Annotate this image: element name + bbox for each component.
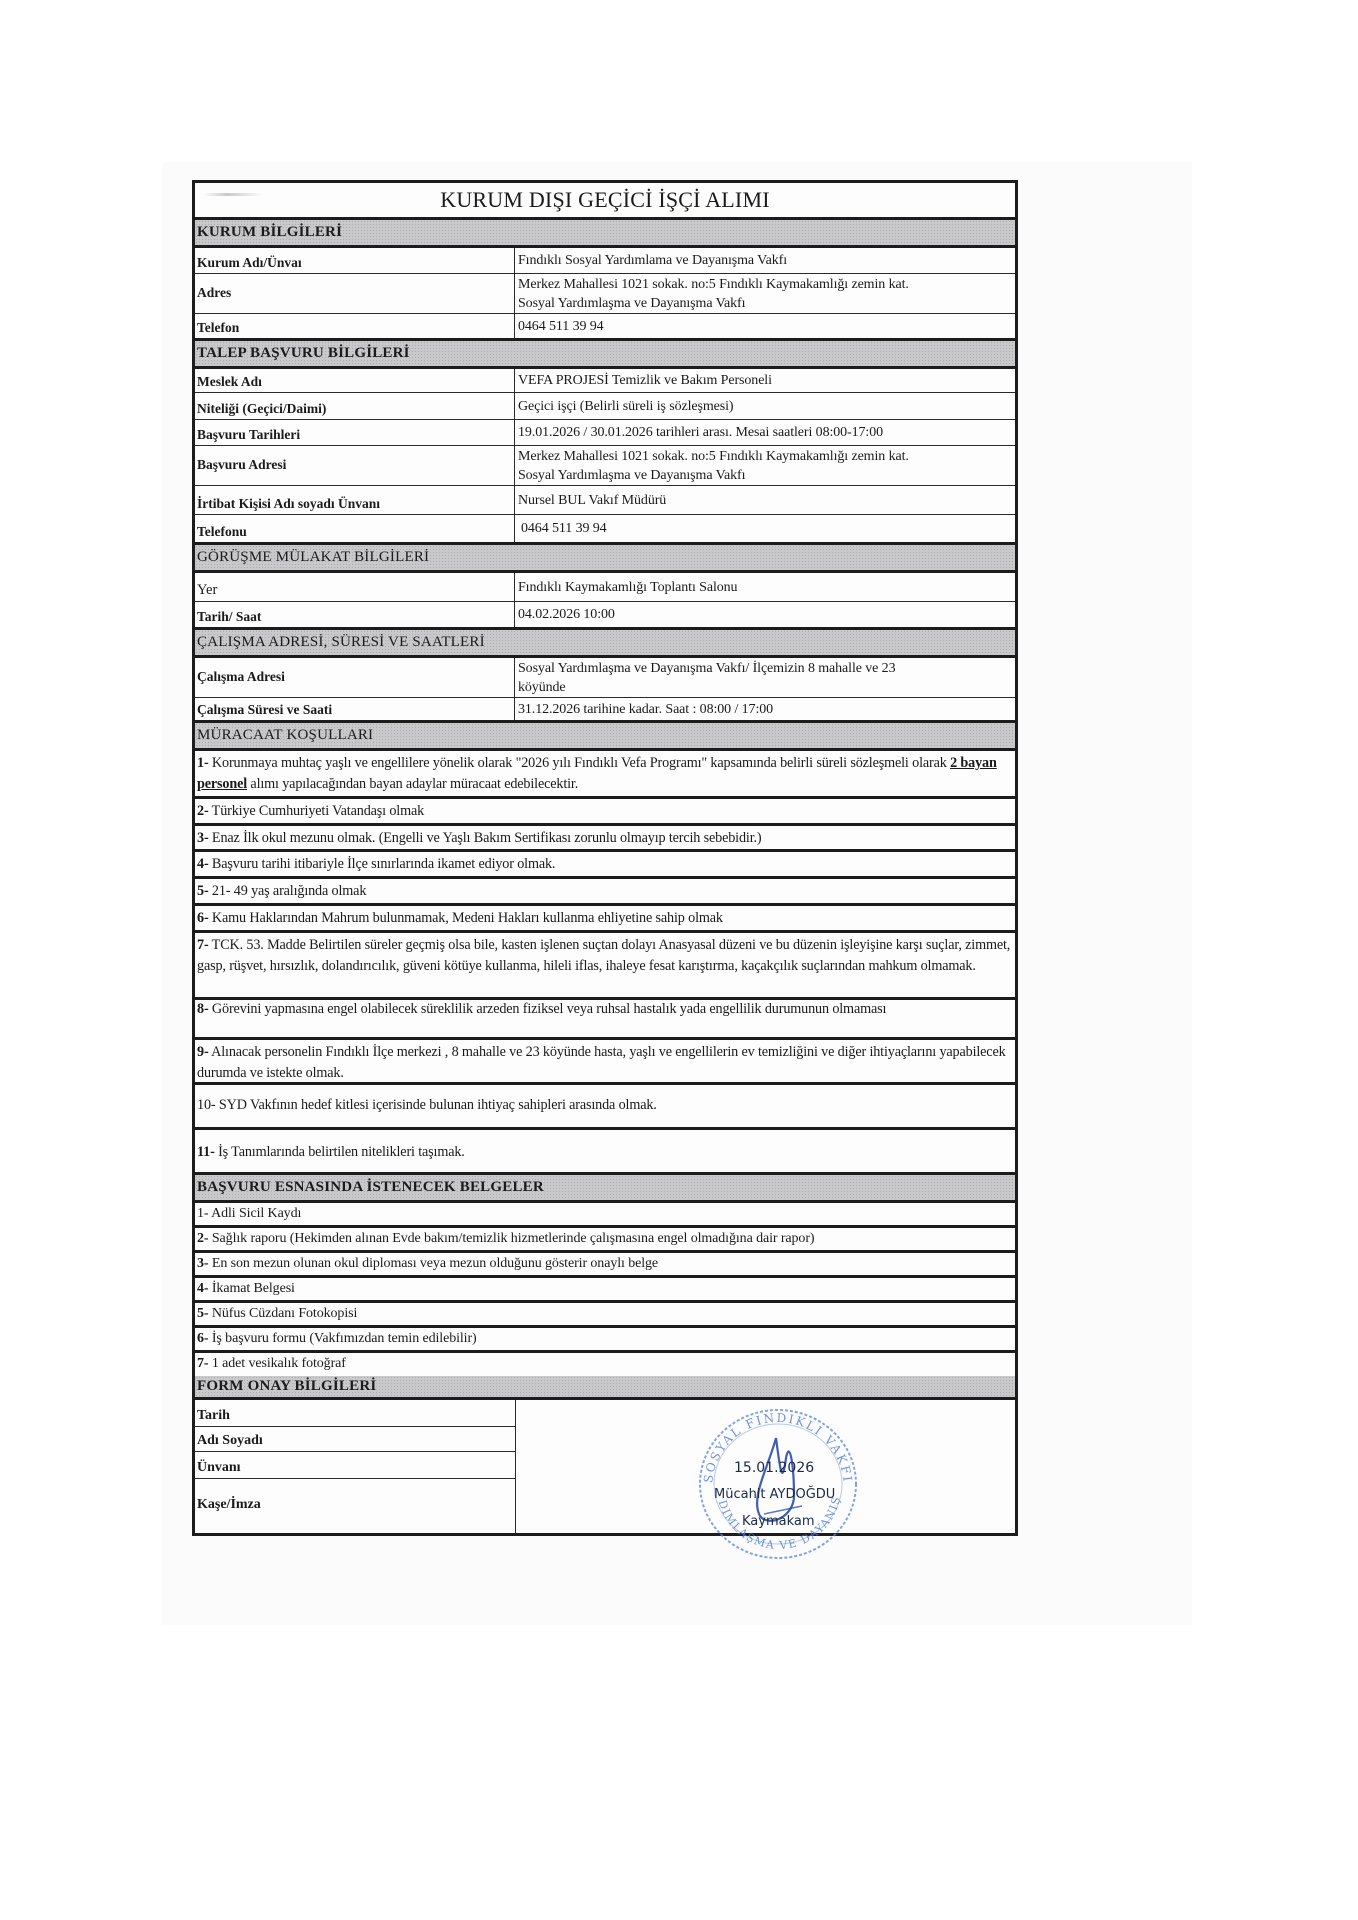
field-value: Merkez Mahallesi 1021 sokak. no:5 Fındık… <box>515 274 1015 313</box>
approval-label-title: Ünvanı <box>195 1452 515 1479</box>
section-onay: FORM ONAY BİLGİLERİ <box>195 1376 1015 1400</box>
condition-item: 6- Kamu Haklarından Mahrum bulunmamak, M… <box>195 906 1015 933</box>
document-item: 2- Sağlık raporu (Hekimden alınan Evde b… <box>195 1228 1015 1253</box>
section-muracaat: MÜRACAAT KOŞULLARI <box>195 723 1015 751</box>
condition-item: 9- Alınacak personelin Fındıklı İlçe mer… <box>195 1040 1015 1085</box>
condition-number: 11- <box>197 1144 215 1160</box>
document-item: 7- 1 adet vesikalık fotoğraf <box>195 1353 1015 1376</box>
document-text: 1 adet vesikalık fotoğraf <box>208 1356 345 1371</box>
condition-text: İş Tanımlarında belirtilen nitelikleri t… <box>215 1144 465 1160</box>
document-number: 4- <box>197 1281 208 1296</box>
section-belgeler: BAŞVURU ESNASINDA İSTENECEK BELGELER <box>195 1175 1015 1203</box>
value-line: Sosyal Yardımlaşma ve Dayanışma Vakfı/ İ… <box>518 659 895 678</box>
value-line: Sosyal Yardımlaşma ve Dayanışma Vakfı <box>518 294 745 313</box>
document-text: Sağlık raporu (Hekimden alınan Evde bakı… <box>208 1231 814 1246</box>
document-item: 5- Nüfus Cüzdanı Fotokopisi <box>195 1303 1015 1328</box>
field-label: Başvuru Tarihleri <box>195 420 515 445</box>
field-value: Geçici işçi (Belirli süreli iş sözleşmes… <box>515 393 1015 419</box>
value-line: Merkez Mahallesi 1021 sokak. no:5 Fındık… <box>518 275 909 294</box>
field-row: Çalışma Adresi Sosyal Yardımlaşma ve Day… <box>195 658 1015 698</box>
document-text: İş başvuru formu (Vakfımızdan temin edil… <box>208 1331 476 1346</box>
job-posting-form: KURUM DIŞI GEÇİCİ İŞÇİ ALIMI KURUM BİLGİ… <box>192 180 1018 1536</box>
condition-number: 6- <box>197 910 209 926</box>
form-title-row: KURUM DIŞI GEÇİCİ İŞÇİ ALIMI <box>195 183 1015 220</box>
field-row: Meslek Adı VEFA PROJESİ Temizlik ve Bakı… <box>195 369 1015 393</box>
field-label: Yer <box>195 573 515 601</box>
condition-text: Alınacak personelin Fındıklı İlçe merkez… <box>197 1044 1006 1081</box>
condition-text: SYD Vakfının hedef kitlesi içerisinde bu… <box>215 1097 656 1113</box>
condition-number: 10- <box>197 1097 215 1113</box>
field-label: Telefon <box>195 314 515 338</box>
field-value: Merkez Mahallesi 1021 sokak. no:5 Fındık… <box>515 446 1015 485</box>
field-row: Tarih/ Saat 04.02.2026 10:00 <box>195 602 1015 630</box>
section-title: TALEP BAŞVURU BİLGİLERİ <box>197 345 410 362</box>
field-row: Telefon 0464 511 39 94 <box>195 314 1015 341</box>
field-value: 31.12.2026 tarihine kadar. Saat : 08:00 … <box>515 698 1015 720</box>
field-label: Başvuru Adresi <box>195 446 515 485</box>
document-text: İkamat Belgesi <box>208 1281 294 1296</box>
condition-text: Türkiye Cumhuriyeti Vatandaşı olmak <box>209 803 425 819</box>
field-value: Sosyal Yardımlaşma ve Dayanışma Vakfı/ İ… <box>515 658 1015 697</box>
section-title: GÖRÜŞME MÜLAKAT BİLGİLERİ <box>197 549 429 566</box>
scan-artifact <box>203 193 263 196</box>
condition-text: Enaz İlk okul mezunu olmak. (Engelli ve … <box>209 830 762 846</box>
document-item: 3- En son mezun olunan okul diploması ve… <box>195 1253 1015 1278</box>
document-number: 1- <box>197 1206 208 1221</box>
condition-item: 11- İş Tanımlarında belirtilen nitelikle… <box>195 1130 1015 1175</box>
field-value: Nursel BUL Vakıf Müdürü <box>515 486 1015 514</box>
section-title: MÜRACAAT KOŞULLARI <box>197 727 373 744</box>
condition-text: Görevini yapmasına engel olabilecek süre… <box>209 1001 887 1017</box>
document-text: En son mezun olunan okul diploması veya … <box>208 1256 658 1271</box>
field-label: Kurum Adı/Ünvaı <box>195 248 515 273</box>
approval-label-date: Tarih <box>195 1400 515 1427</box>
field-row: İrtibat Kişisi Adı soyadı Ünvanı Nursel … <box>195 486 1015 515</box>
condition-text: Başvuru tarihi itibariyle İlçe sınırları… <box>209 856 556 872</box>
field-value: Fındıklı Kaymakamlığı Toplantı Salonu <box>515 573 1015 601</box>
section-calisma: ÇALIŞMA ADRESİ, SÜRESİ VE SAATLERİ <box>195 630 1015 658</box>
condition-number: 7- <box>197 937 209 953</box>
section-title: KURUM BİLGİLERİ <box>197 224 342 241</box>
document-item: 4- İkamat Belgesi <box>195 1278 1015 1303</box>
condition-number: 8- <box>197 1001 209 1017</box>
condition-number: 5- <box>197 883 209 899</box>
form-title: KURUM DIŞI GEÇİCİ İŞÇİ ALIMI <box>440 187 770 213</box>
field-label: Çalışma Süresi ve Saati <box>195 698 515 720</box>
document-text: Adli Sicil Kaydı <box>208 1206 301 1221</box>
document-text: Nüfus Cüzdanı Fotokopisi <box>208 1306 357 1321</box>
approval-label-signature: Kaşe/İmza <box>195 1479 515 1533</box>
field-label: Çalışma Adresi <box>195 658 515 697</box>
value-line: Sosyal Yardımlaşma ve Dayanışma Vakfı <box>518 466 745 485</box>
condition-item: 7- TCK. 53. Madde Belirtilen süreler geç… <box>195 933 1015 1000</box>
field-label: İrtibat Kişisi Adı soyadı Ünvanı <box>195 486 515 514</box>
condition-item: 3- Enaz İlk okul mezunu olmak. (Engelli … <box>195 826 1015 852</box>
field-value: 0464 511 39 94 <box>515 314 1015 338</box>
field-row: Yer Fındıklı Kaymakamlığı Toplantı Salon… <box>195 573 1015 602</box>
field-row: Telefonu 0464 511 39 94 <box>195 515 1015 545</box>
condition-number: 2- <box>197 803 209 819</box>
field-row: Başvuru Tarihleri 19.01.2026 / 30.01.202… <box>195 420 1015 446</box>
condition-number: 4- <box>197 856 209 872</box>
condition-item: 5- 21- 49 yaş aralığında olmak <box>195 879 1015 906</box>
field-row: Başvuru Adresi Merkez Mahallesi 1021 sok… <box>195 446 1015 486</box>
section-title: ÇALIŞMA ADRESİ, SÜRESİ VE SAATLERİ <box>197 634 485 651</box>
condition-number: 1- <box>197 755 209 771</box>
condition-item: 2- Türkiye Cumhuriyeti Vatandaşı olmak <box>195 799 1015 826</box>
field-label: Telefonu <box>195 515 515 542</box>
condition-text: Korunmaya muhtaç yaşlı ve engellilere yö… <box>209 755 951 771</box>
condition-text: Kamu Haklarından Mahrum bulunmamak, Mede… <box>209 910 723 926</box>
field-value: VEFA PROJESİ Temizlik ve Bakım Personeli <box>515 369 1015 392</box>
condition-item: 4- Başvuru tarihi itibariyle İlçe sınırl… <box>195 852 1015 879</box>
approval-block: Tarih Adı Soyadı Ünvanı Kaşe/İmza <box>195 1400 1015 1533</box>
condition-number: 3- <box>197 830 209 846</box>
section-kurum: KURUM BİLGİLERİ <box>195 220 1015 248</box>
condition-text: TCK. 53. Madde Belirtilen süreler geçmiş… <box>197 937 1010 974</box>
condition-text: 21- 49 yaş aralığında olmak <box>209 883 367 899</box>
field-label: Niteliği (Geçici/Daimi) <box>195 393 515 419</box>
field-row: Kurum Adı/Ünvaı Fındıklı Sosyal Yardımla… <box>195 248 1015 274</box>
document-item: 1- Adli Sicil Kaydı <box>195 1203 1015 1228</box>
document-number: 2- <box>197 1231 208 1246</box>
document-number: 5- <box>197 1306 208 1321</box>
section-title: FORM ONAY BİLGİLERİ <box>197 1378 376 1395</box>
section-talep: TALEP BAŞVURU BİLGİLERİ <box>195 341 1015 369</box>
condition-item: 8- Görevini yapmasına engel olabilecek s… <box>195 1000 1015 1040</box>
condition-item: 10- SYD Vakfının hedef kitlesi içerisind… <box>195 1085 1015 1130</box>
approval-label-name: Adı Soyadı <box>195 1427 515 1452</box>
condition-number: 9- <box>197 1044 209 1060</box>
field-row: Çalışma Süresi ve Saati 31.12.2026 tarih… <box>195 698 1015 723</box>
field-value: 19.01.2026 / 30.01.2026 tarihleri arası.… <box>515 420 1015 445</box>
field-label: Adres <box>195 274 515 313</box>
field-row: Adres Merkez Mahallesi 1021 sokak. no:5 … <box>195 274 1015 314</box>
document-number: 6- <box>197 1331 208 1346</box>
value-line: Merkez Mahallesi 1021 sokak. no:5 Fındık… <box>518 447 909 466</box>
field-value: 0464 511 39 94 <box>515 515 1015 542</box>
field-value: Fındıklı Sosyal Yardımlama ve Dayanışma … <box>515 248 1015 273</box>
condition-text: alımı yapılacağından bayan adaylar mürac… <box>247 776 578 792</box>
field-label: Tarih/ Saat <box>195 602 515 627</box>
document-item: 6- İş başvuru formu (Vakfımızdan temin e… <box>195 1328 1015 1353</box>
document-number: 3- <box>197 1256 208 1271</box>
field-label: Meslek Adı <box>195 369 515 392</box>
section-title: BAŞVURU ESNASINDA İSTENECEK BELGELER <box>197 1179 544 1196</box>
value-line: köyünde <box>518 678 566 697</box>
document-number: 7- <box>197 1356 208 1371</box>
field-value: 04.02.2026 10:00 <box>515 602 1015 627</box>
approval-values <box>516 1400 1015 1533</box>
approval-labels: Tarih Adı Soyadı Ünvanı Kaşe/İmza <box>195 1400 516 1533</box>
field-row: Niteliği (Geçici/Daimi) Geçici işçi (Bel… <box>195 393 1015 420</box>
condition-item: 1- Korunmaya muhtaç yaşlı ve engellilere… <box>195 751 1015 799</box>
section-gorusme: GÖRÜŞME MÜLAKAT BİLGİLERİ <box>195 545 1015 573</box>
